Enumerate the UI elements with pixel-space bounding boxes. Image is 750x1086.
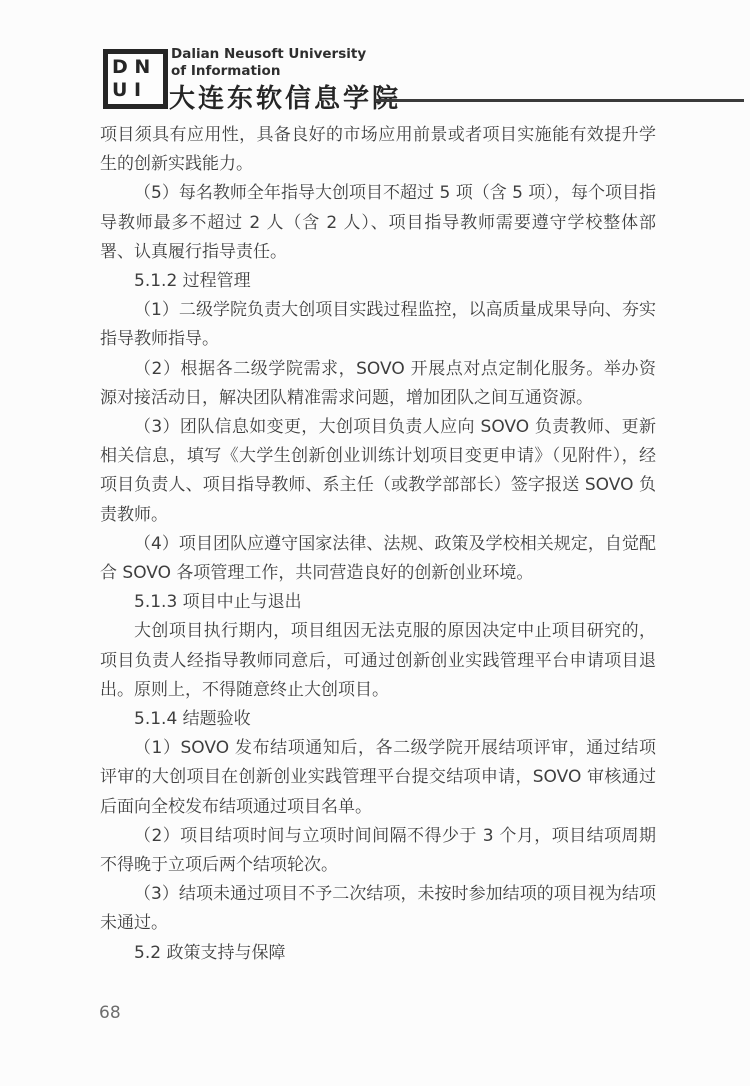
paragraph: （1）二级学院负责大创项目实践过程监控，以高质量成果导向、夯实指导教师指导。 (100, 296, 656, 354)
paragraph: （3）团队信息如变更，大创项目负责人应向 SOVO 负责教师、更新相关信息，填写… (100, 413, 656, 530)
paragraph: （4）项目团队应遵守国家法律、法规、政策及学校相关规定，自觉配合 SOVO 各项… (100, 530, 656, 588)
paragraph: （5）每名教师全年指导大创项目不超过 5 项（含 5 项），每个项目指导教师最多… (100, 179, 656, 267)
section-heading: 5.1.2 过程管理 (100, 267, 656, 296)
paragraph: （3）结项未通过项目不予二次结项，未按时参加结项的项目视为结项未通过。 (100, 880, 656, 938)
paragraph: （2）根据各二级学院需求，SOVO 开展点对点定制化服务。举办资源对接活动日，解… (100, 355, 656, 413)
logo-letters-bottom: U I (112, 80, 159, 101)
section-heading: 5.2 政策支持与保障 (100, 939, 656, 968)
paragraph: （2）项目结项时间与立项时间间隔不得少于 3 个月，项目结项周期不得晚于立项后两… (100, 822, 656, 880)
page-number: 68 (99, 1003, 121, 1023)
paragraph: （1）SOVO 发布结项通知后，各二级学院开展结项评审，通过结项评审的大创项目在… (100, 734, 656, 822)
document-page: D N U I Dalian Neusoft University of Inf… (0, 0, 750, 1086)
logo-letters-top: D N (112, 57, 159, 78)
paragraph: 大创项目执行期内，项目组因无法克服的原因决定中止项目研究的，项目负责人经指导教师… (100, 617, 656, 705)
header-divider-line (375, 99, 744, 102)
university-name-english: Dalian Neusoft University of Information (171, 46, 366, 80)
section-heading: 5.1.3 项目中止与退出 (100, 588, 656, 617)
university-name-english-line1: Dalian Neusoft University (171, 46, 366, 63)
paragraph: 项目须具有应用性，具备良好的市场应用前景或者项目实施能有效提升学生的创新实践能力… (100, 121, 656, 179)
document-body: 项目须具有应用性，具备良好的市场应用前景或者项目实施能有效提升学生的创新实践能力… (100, 121, 656, 968)
page-header: D N U I Dalian Neusoft University of Inf… (0, 0, 750, 120)
dnui-logo-icon: D N U I (103, 49, 168, 109)
section-heading: 5.1.4 结题验收 (100, 705, 656, 734)
university-name-chinese: 大连东软信息学院 (169, 78, 401, 115)
